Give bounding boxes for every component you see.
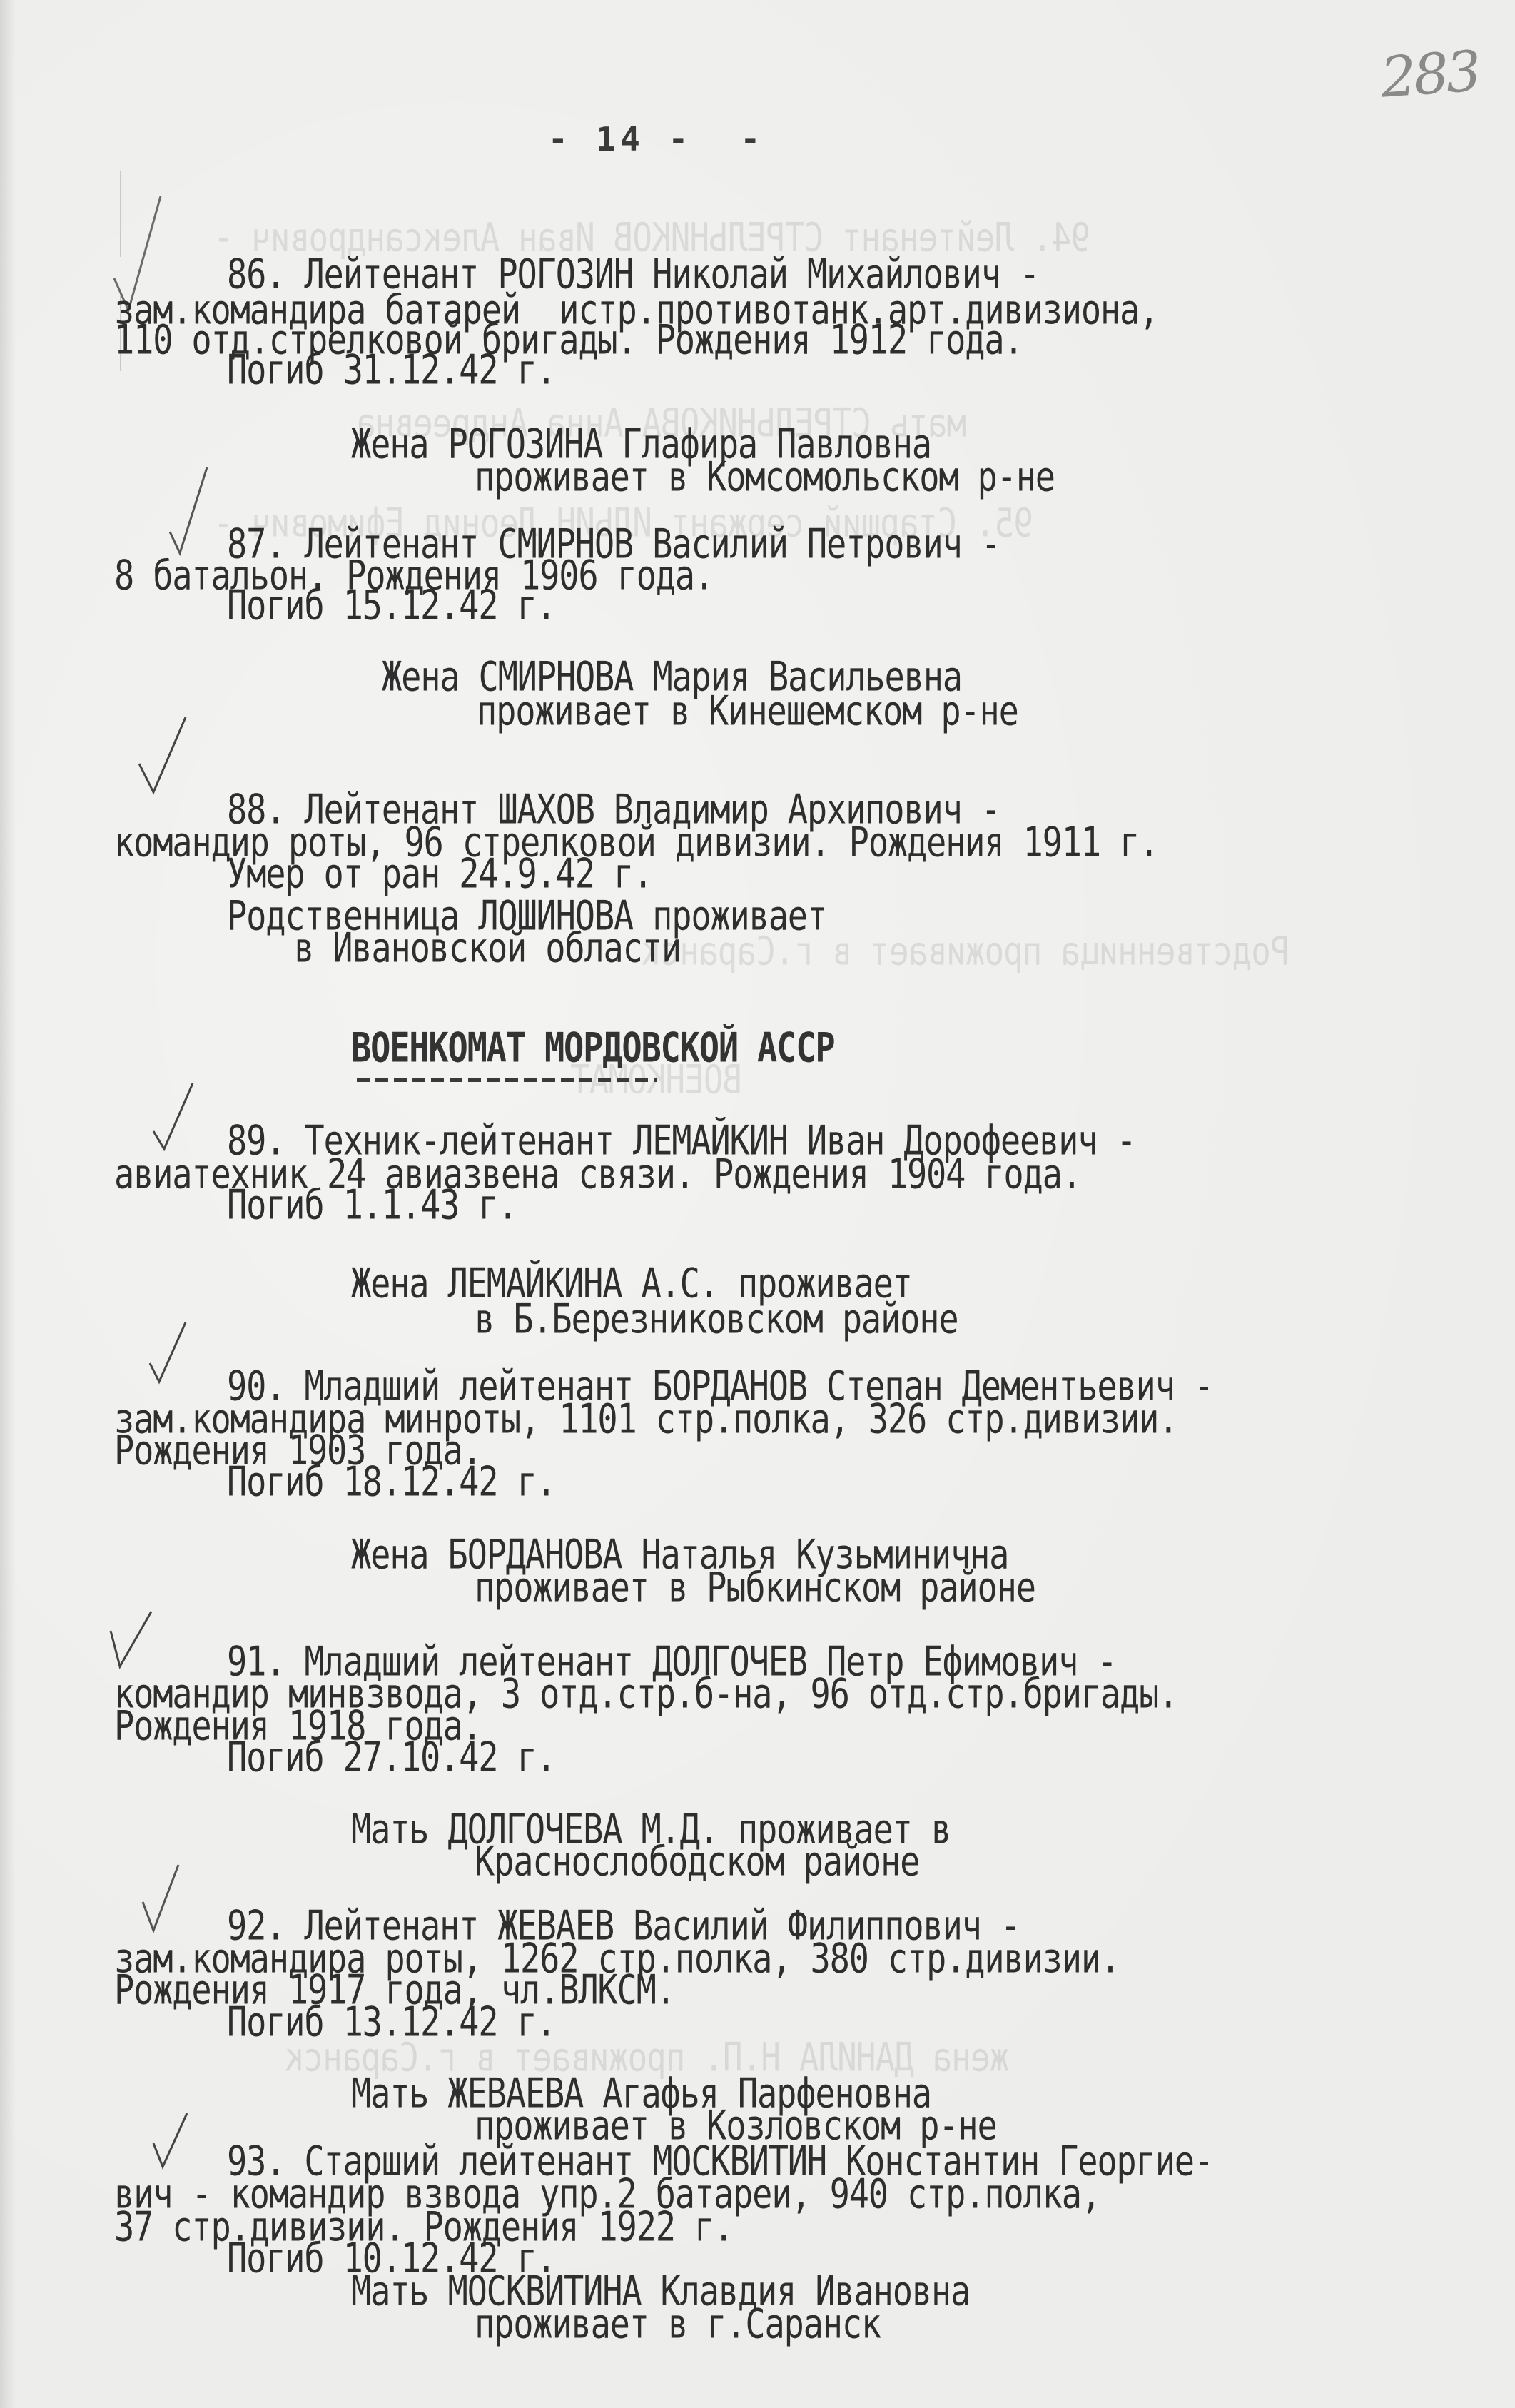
handwritten-folio-number: 283 [1379, 39, 1481, 110]
heading-underline [357, 1078, 657, 1082]
entry-86-relative-2: проживает в Комсомольском р-не [475, 457, 1055, 497]
entry-87-line-3: Погиб 15.12.42 г. [227, 585, 556, 626]
entry-89-relative-2: в Б.Березниковском районе [475, 1299, 958, 1340]
entry-92-line-4: Погиб 13.12.42 г. [227, 2002, 556, 2043]
checkmark-icon [146, 1320, 189, 1385]
entry-89-line-3: Погиб 1.1.43 г. [227, 1185, 517, 1225]
section-heading: ВОЕНКОМАТ МОРДОВСКОЙ АССР [351, 1028, 834, 1068]
entry-91-relative-2: Краснослободском районе [475, 1841, 919, 1882]
entry-87-relative-2: проживает в Кинешемском р-не [477, 691, 1018, 732]
document-page: 94. Лейтенант СТРЕЛЬНИКОВ Иван Александр… [0, 0, 1515, 2408]
checkmark-icon [136, 714, 193, 799]
entry-90-relative-2: проживает в Рыбкинском районе [475, 1567, 1035, 1608]
checkmark-icon [164, 464, 214, 557]
page-number: - 14 - - [548, 120, 764, 158]
entry-91-line-4: Погиб 27.10.42 г. [227, 1737, 556, 1778]
checkmark-icon [107, 1609, 157, 1670]
checkmark-icon [150, 1081, 200, 1153]
checkmark-icon [139, 1863, 182, 1934]
checkmark-icon [150, 2111, 193, 2170]
entry-93-relative-2: проживает в г.Саранск [475, 2304, 881, 2344]
entry-88-relative-2: в Ивановской области [294, 928, 681, 968]
entry-88-line-3: Умер от ран 24.9.42 г. [227, 854, 652, 894]
scan-edge-shadow [0, 0, 16, 2408]
entry-86-line-4: Погиб 31.12.42 г. [227, 350, 556, 390]
entry-90-line-4: Погиб 18.12.42 г. [227, 1462, 556, 1502]
